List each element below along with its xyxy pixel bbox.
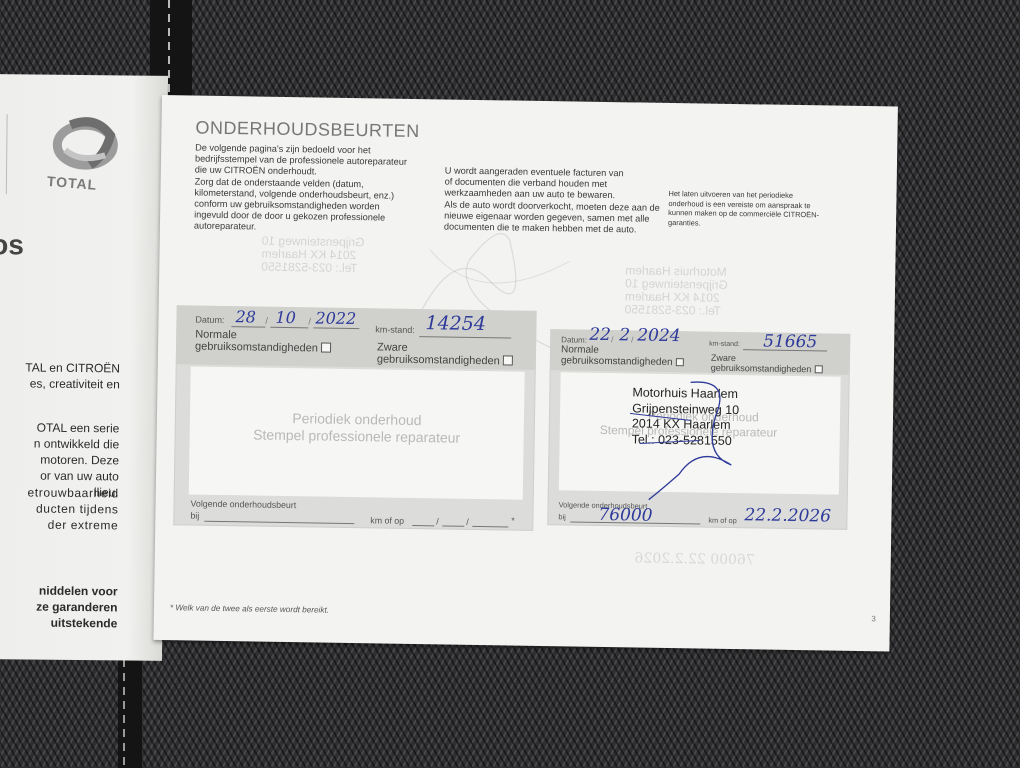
heavy-use-label: Zware gebruiksomstandigheden <box>377 341 513 367</box>
next-date-line <box>472 526 508 528</box>
heavy-use-checkbox[interactable] <box>503 355 513 365</box>
date-day-field[interactable]: 28 <box>235 307 256 326</box>
ghost-handwriting: 76000 22.2.2026 <box>554 521 755 584</box>
km-field[interactable]: 14254 <box>425 312 486 335</box>
intro-text-right: Het laten uitvoeren van het periodiekeon… <box>668 189 819 229</box>
date-year-field[interactable]: 2022 <box>315 308 356 328</box>
km-label: km-stand: <box>709 341 740 348</box>
maintenance-page: ONDERHOUDSBEURTEN De volgende pagina's z… <box>153 95 897 651</box>
signature <box>619 373 741 505</box>
at-label: bij <box>190 510 199 520</box>
total-logo-icon <box>50 115 121 176</box>
stamp-area: Periodiek onderhoudStempel professionele… <box>559 372 841 494</box>
footnote: * Welk van de twee als eerste wordt bere… <box>170 603 329 614</box>
page-title: ONDERHOUDSBEURTEN <box>195 118 420 143</box>
left-heading: os <box>0 229 24 261</box>
date-separator: / <box>611 335 613 344</box>
divider <box>6 114 8 194</box>
seat-stitching <box>168 0 170 96</box>
next-km-line <box>204 521 354 524</box>
normal-use-label: Normale gebruiksomstandigheden <box>195 329 331 355</box>
normal-use-label: Normale gebruiksomstandigheden <box>561 344 684 368</box>
ghost-stamp: Motorhuis HaarlemGrijpensteinweg 10 2014… <box>625 264 729 318</box>
stamp-placeholder: Periodiek onderhoudStempel professionele… <box>190 408 524 447</box>
left-paragraph: etrouwbaarheidducten tijdens der extreme <box>0 484 119 534</box>
date-year-field[interactable]: 2024 <box>637 325 681 346</box>
left-paragraph: TAL en CITROËNes, creativiteit en <box>0 359 120 393</box>
date-separator: / <box>308 316 311 326</box>
km-field[interactable]: 51665 <box>763 331 817 352</box>
next-date-line <box>412 525 434 526</box>
heavy-use-label: Zware gebruiksomstandigheden <box>711 353 823 375</box>
date-label: Datum: <box>195 315 224 325</box>
normal-use-checkbox[interactable] <box>321 343 331 353</box>
at-label: bij <box>558 512 566 521</box>
seat-stitching-bottom <box>123 645 125 768</box>
left-paragraph: niddelen voorze garanderen uitstekende <box>0 582 118 632</box>
date-month-field[interactable]: 10 <box>275 308 296 327</box>
date-label: Datum: <box>561 335 587 344</box>
ghost-stamp: Grijpensteinweg 102014 KX Haarlem Tel.: … <box>261 235 364 276</box>
intro-text-left: De volgende pagina's zijn bedoeld voor h… <box>194 143 407 236</box>
page-number: 3 <box>871 614 876 623</box>
asterisk: * <box>511 516 515 526</box>
heavy-use-checkbox[interactable] <box>814 365 822 373</box>
normal-use-checkbox[interactable] <box>676 358 684 366</box>
maintenance-entry-2: Datum: 22 / 2 / 2024 km-stand: 51665 Nor… <box>547 329 850 530</box>
date-separator: / <box>631 335 633 344</box>
total-logo-text: TOTAL <box>46 173 97 193</box>
maintenance-entry-1: Datum: 28 / 10 / 2022 km-stand: 14254 No… <box>173 305 536 531</box>
date-separator: / <box>265 316 268 326</box>
left-page: TOTAL os TAL en CITROËNes, creativiteit … <box>0 74 168 661</box>
date-separator: / <box>436 516 439 526</box>
date-month-field[interactable]: 2 <box>619 325 630 345</box>
km-or-on-label: km of op <box>370 515 404 526</box>
next-service-label: Volgende onderhoudsbeurt <box>191 499 297 511</box>
date-day-field[interactable]: 22 <box>589 325 611 345</box>
stamp-area: Periodiek onderhoudStempel professionele… <box>189 366 525 499</box>
date-separator: / <box>466 517 469 527</box>
next-date-field[interactable]: 22.2.2026 <box>744 505 831 526</box>
km-label: km-stand: <box>375 324 415 335</box>
svg-text:76000 22.2.2026: 76000 22.2.2026 <box>634 550 755 568</box>
next-date-line <box>442 525 464 526</box>
